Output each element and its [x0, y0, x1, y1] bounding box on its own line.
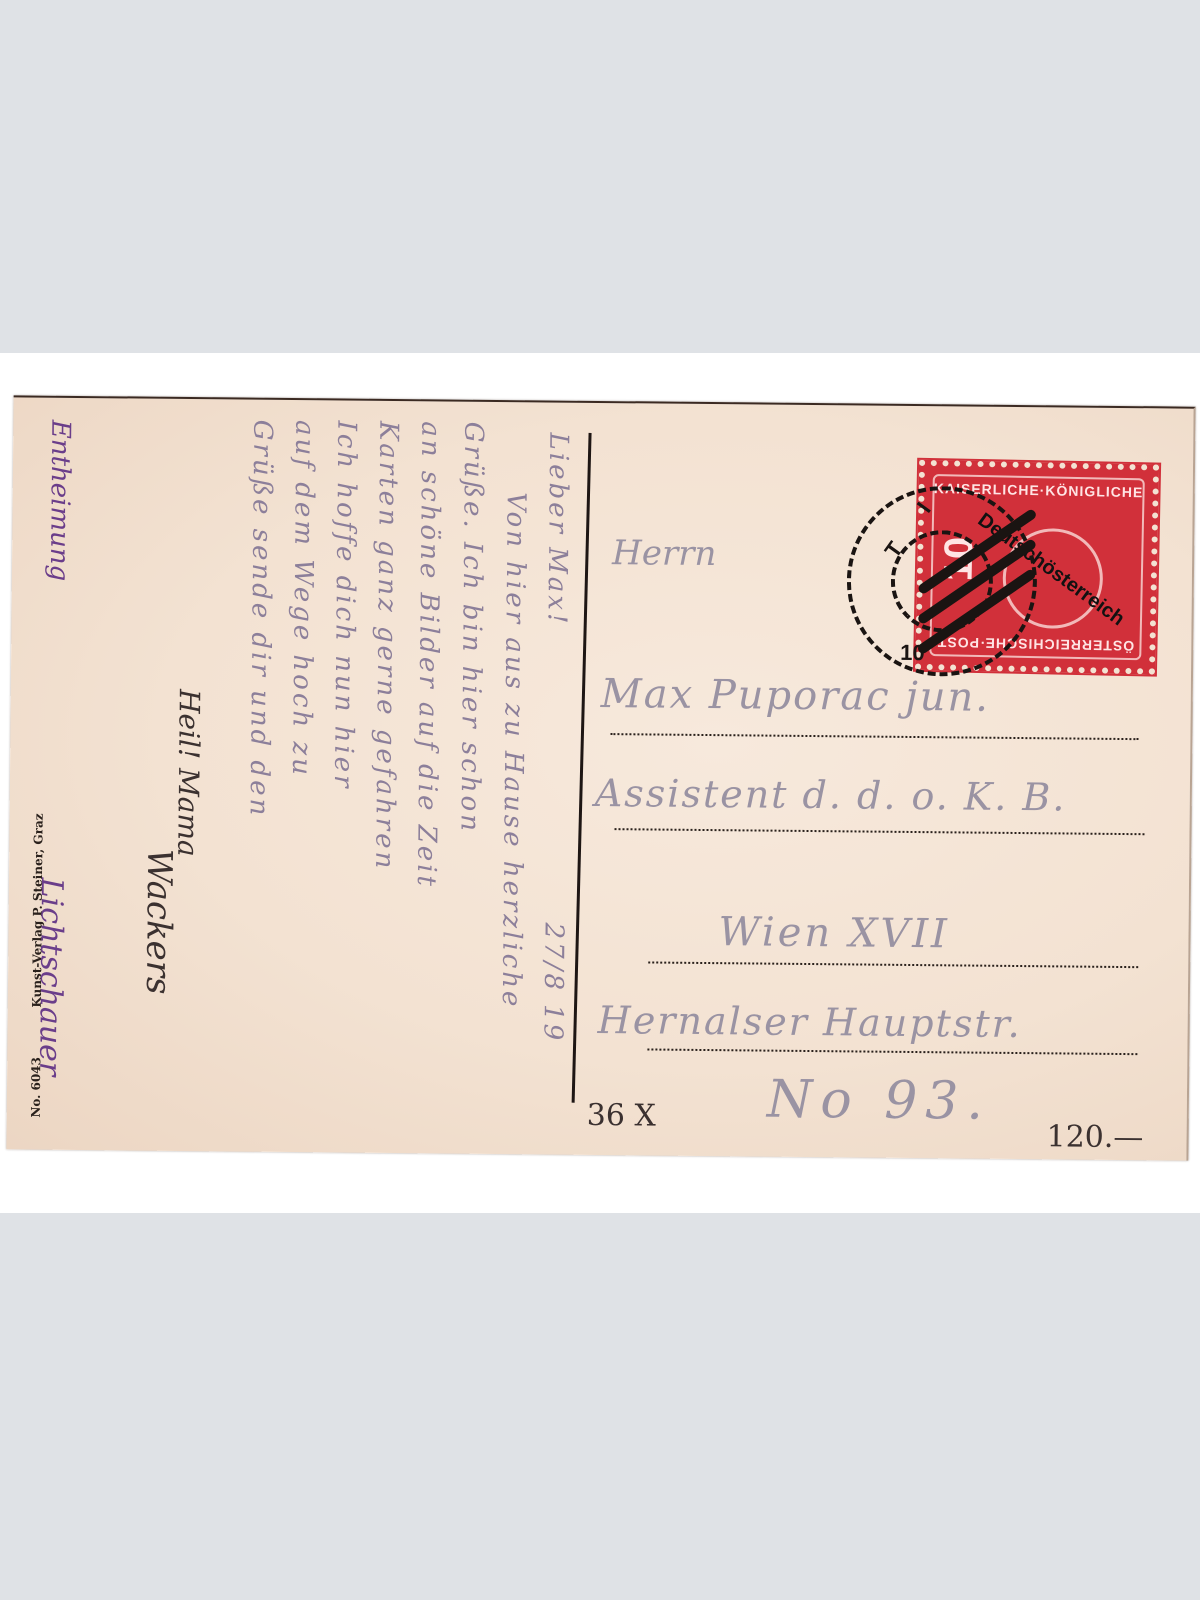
signature-wackers: Wackers	[138, 849, 179, 995]
message-line: Ich hoffe dich nun hier	[328, 420, 362, 790]
postcard-photo: No. 6043 Kunst-Verlag P. Steiner, Graz E…	[0, 353, 1200, 1213]
address-line-1	[610, 733, 1138, 740]
signature-entheimung: Entheimung	[44, 420, 76, 582]
dealer-price: 120.—	[1046, 1119, 1143, 1155]
address-street: Hernalser Hauptstr.	[597, 998, 1021, 1046]
message-line: Karten ganz gerne gefahren	[369, 421, 403, 872]
address-line-4	[647, 1048, 1137, 1055]
message-date: 27/8 19	[537, 922, 568, 1043]
message-line: Grüße. Ich bin hier schon	[454, 422, 488, 835]
signature-lichtschauer: Lichtschauer	[32, 878, 69, 1077]
dealer-code: 36 X	[587, 1098, 656, 1134]
address-honorific: Herrn	[612, 533, 717, 574]
address-title: Assistent d. d. o. K. B.	[595, 771, 1067, 820]
card-divider	[572, 433, 592, 1103]
address-name: Max Puporac jun.	[601, 671, 991, 721]
address-city: Wien XVII	[718, 909, 950, 957]
message-line: an schöne Bilder auf die Zeit	[411, 421, 445, 889]
closing-greeting: Heil! Mama	[171, 689, 206, 857]
message-line: Von hier aus zu Hause herzliche	[496, 492, 531, 1010]
postcard: No. 6043 Kunst-Verlag P. Steiner, Graz E…	[6, 395, 1195, 1160]
message-line: Grüße sende dir und den	[244, 420, 278, 819]
address-line-2	[615, 828, 1145, 835]
message-salutation: Lieber Max!	[541, 432, 573, 626]
cancellation-bars	[906, 516, 1037, 647]
address-line-3	[648, 961, 1138, 968]
address-house-number: No 93.	[767, 1070, 992, 1132]
message-line: auf dem Wege hoch zu	[286, 420, 319, 778]
